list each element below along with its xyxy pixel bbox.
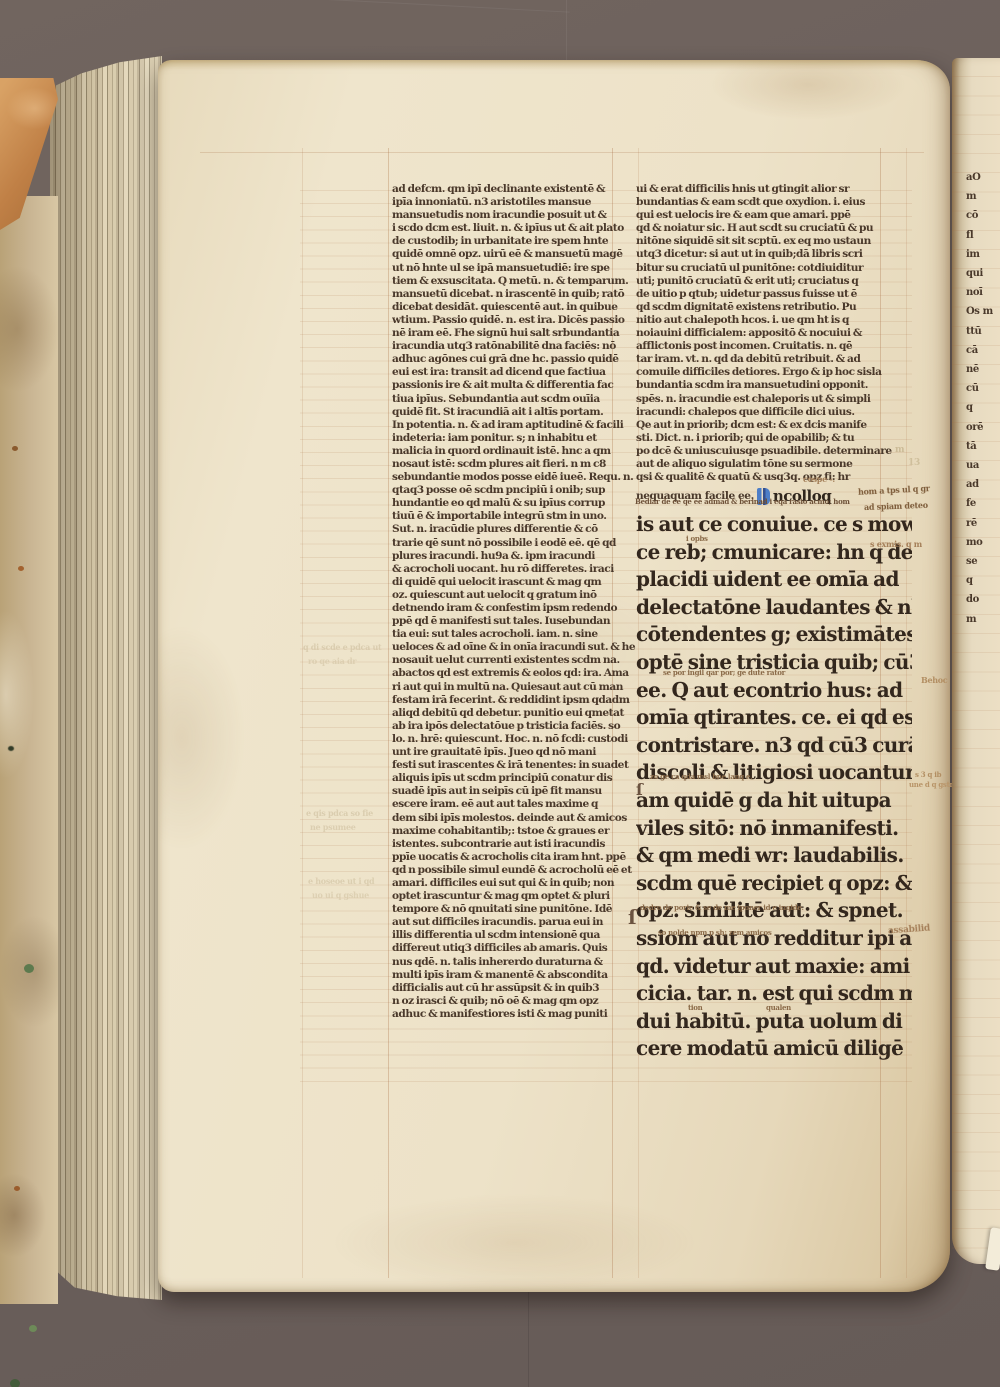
text-fragment: Os m — [966, 302, 1000, 321]
text-line: cōtendentes g; existimātes — [636, 620, 912, 649]
text-line: bundantia scdm ira mansuetudini opponit. — [636, 379, 892, 392]
text-line: aut de aliquo sigulatim tōne su sermone — [636, 458, 892, 471]
text-fragment: orē — [966, 418, 1000, 437]
text-line: ui & erat difficilis hnis ut gtingit ali… — [636, 183, 892, 196]
margin-note: uo ui q gshue — [312, 890, 369, 900]
text-line: detnendo iram & confestim ipsm redendo — [392, 602, 636, 615]
text-line: istentes. subcontrarie aut isti iracundi… — [392, 838, 636, 851]
text-line: qd n possibile simul eundē & acrocholū e… — [392, 864, 636, 877]
text-fragment: cō — [966, 206, 1000, 225]
text-line: dui habitū. puta uolum di — [636, 1007, 912, 1036]
text-line: scdm quē recipiet q opz: & ut — [636, 869, 912, 898]
text-fragment: ttū — [966, 322, 1000, 341]
text-line: ppē qd ē manifesti sut tales. Iusebundan — [392, 615, 636, 628]
text-fragment: qui — [966, 264, 1000, 283]
text-line: de custodib; in urbanitate ire spem hnte — [392, 235, 636, 248]
text-line: aut sut difficiles iracundis. parua eui … — [392, 916, 636, 929]
text-line: spēs. n. iracundie est chaleporis ut & s… — [636, 393, 892, 406]
text-line: tar iram. vt. n. qd da debitū retribuit.… — [636, 353, 892, 366]
text-line: maxime cohabitantib;: tstoe & graues er — [392, 825, 636, 838]
text-line: difficialis aut cū hr assūpsit & in quib… — [392, 982, 636, 995]
text-line: adhuc agōnes cui grā dne hc. passio quid… — [392, 353, 636, 366]
text-line: ce reb; cmunicare: hn q de — [636, 538, 912, 567]
margin-note: m — [895, 445, 904, 455]
background-seam — [200, 0, 570, 13]
text-line: qd. videtur aut maxie: ami — [636, 952, 912, 981]
text-line: utq3 dicetur: si aut ut in quib;dā libri… — [636, 248, 892, 261]
text-line: po dcē & uniuscuiusqe psuadibile. determ… — [636, 445, 892, 458]
text-line: & qm medi wr: laudabilis. — [636, 841, 912, 870]
text-fragment: rē — [966, 514, 1000, 533]
text-line: optet irascuntur & mag qm optet & pluri — [392, 890, 636, 903]
text-line: & acrocholi uocant. hu rō differetes. ir… — [392, 563, 636, 576]
text-line: abactos qd est extremis & eolos qd: ira.… — [392, 667, 636, 680]
text-fragment: tā — [966, 437, 1000, 456]
text-line: aliqd debitū qd debetur. punitio eui qme… — [392, 707, 636, 720]
text-line: ssiom aut no redditur ipi ali — [636, 924, 912, 953]
blue-initial — [757, 488, 770, 505]
margin-note: Behoc — [921, 675, 947, 685]
text-line: qui est uelocis ire & eam que amari. ppē — [636, 209, 892, 222]
text-line: opz. similitē aut: & spnet. — [636, 896, 912, 925]
text-line: ri aut qui in multū na. Quiesaut aut cū … — [392, 681, 636, 694]
text-line: bitur su cruciatū ul punitōne: cotdiuidi… — [636, 262, 892, 275]
text-line: suadē ipīs aut in seipīs cū ipē fit mans… — [392, 785, 636, 798]
text-line: iracundia utq3 ratōnabilitē dna faciēs: … — [392, 340, 636, 353]
text-line: viles sitō: nō inmanifesti. — [636, 814, 912, 843]
text-line: n oz irasci & quib; nō oē & mag qm opz — [392, 995, 636, 1008]
text-line: Qe aut in priorib; dcm est: & ex dcis ma… — [636, 419, 892, 432]
text-line: aliquis ipīs ut scdm principiū conatur d… — [392, 772, 636, 785]
text-line: lo. n. hrē: quiescunt. Hoc. n. nō fcdi: … — [392, 733, 636, 746]
text-line: multi ipīs iram & manentē & abscondita — [392, 969, 636, 982]
text-line: wtium. Passio quidē. n. est ira. Dicēs p… — [392, 314, 636, 327]
text-line: ee. Q aut econtrio hus: ad — [636, 676, 912, 705]
text-line: tiuū ē & importabile integrū stm in uno. — [392, 510, 636, 523]
text-line: i scdo dcm est. liuit. n. & ipīus ut & a… — [392, 222, 636, 235]
text-line: hundantie eo qd malū & su ipīus corrup — [392, 497, 636, 510]
margin-note: e qis pdca so fie — [306, 808, 373, 818]
text-line: dem sibi ipīs molestos. deinde aut & ami… — [392, 812, 636, 825]
text-line: mansuetudis nom iracundie posuit ut & — [392, 209, 636, 222]
right-text-column-small: ui & erat difficilis hnis ut gtingit ali… — [636, 183, 892, 484]
text-line: nitio aut chalepoth hcos. i. ue qm ht is… — [636, 314, 892, 327]
margin-note: ne psumee — [310, 822, 356, 832]
text-line: ppīe uocatis & acrocholis cita iram hnt.… — [392, 851, 636, 864]
text-line: festam irā fecerint. & reddidint ipsm qd… — [392, 694, 636, 707]
text-line: Sut. n. iracūdie plures differentie & cō — [392, 523, 636, 536]
text-fragment: fe — [966, 494, 1000, 513]
text-line: passionis ire & ait multa & differentia … — [392, 379, 636, 392]
binding-rough-edge — [0, 196, 58, 1304]
text-line: differeut utiq3 difficiles ab amaris. Qu… — [392, 942, 636, 955]
text-line: oz. quiescunt aut uelocit q gratum inō — [392, 589, 636, 602]
text-line: ad defcm. qm ipī declinante existentē & — [392, 183, 636, 196]
text-line: escere iram. eē aut aut tales maxime q — [392, 798, 636, 811]
text-line: nosaut istē: scdm plures ait fieri. n m … — [392, 458, 636, 471]
text-line: nitōne siquidē sit sit scptū. ex eq mo u… — [636, 235, 892, 248]
text-line: am quidē g da hit uitupa — [636, 786, 912, 815]
manuscript-page: ad defcm. qm ipī declinante existentē &i… — [158, 60, 950, 1292]
facing-page-text-fragments: aOmcōflimquinoīOs mttūcānēcūqorētāuaadfe… — [966, 168, 1000, 629]
margin-note: q di scde e pdca ut — [303, 642, 381, 652]
text-line: quidē omnē opz. uirū eē & mansuetū magē — [392, 248, 636, 261]
text-line: tiua ipīus. Sebundantia aut scdm ouīia — [392, 393, 636, 406]
text-fragment: im — [966, 245, 1000, 264]
text-line: noiauini difficialem: appositō & nocuiui… — [636, 327, 892, 340]
text-fragment: noī — [966, 283, 1000, 302]
text-line: tiem & exsuscitata. Q metū. n. & temparu… — [392, 275, 636, 288]
text-line: iracundi: chalepos que difficile dici ui… — [636, 406, 892, 419]
page-stack-edge — [50, 56, 162, 1300]
text-line: is aut ce conuiue. ce s mow: — [636, 510, 912, 539]
text-fragment: nē — [966, 360, 1000, 379]
text-line: indeteria: iam ponitur. s; n inhabitu et — [392, 432, 636, 445]
margin-note: ro qe aia dr — [308, 656, 356, 666]
text-line: malicia in quord ordinauit istē. hnc a q… — [392, 445, 636, 458]
facing-page-edge: aOmcōflimquinoīOs mttūcānēcūqorētāuaadfe… — [952, 58, 1000, 1264]
text-line: dicebat desidāt. quiescentē aut. in quib… — [392, 301, 636, 314]
text-fragment: mo — [966, 533, 1000, 552]
text-fragment: cā — [966, 341, 1000, 360]
text-line: optē sine tristicia quib; cū3 — [636, 648, 912, 677]
text-line: tempore & nō qnuitati sine punitōne. Idē — [392, 903, 636, 916]
text-line: amari. difficiles eui sut qui & in quib;… — [392, 877, 636, 890]
ruling-line-horizontal — [200, 152, 924, 153]
text-line: qsi & qualitē & quatū & usq3q. opz fi: h… — [636, 471, 892, 484]
text-fragment: cū — [966, 379, 1000, 398]
text-line: bundantias & eam scdt que oxydion. i. ei… — [636, 196, 892, 209]
text-fragment: q — [966, 398, 1000, 417]
text-line: mansuetū dicebat. n irascentē in quib; r… — [392, 288, 636, 301]
text-line: cere modatū amicū diligē — [636, 1034, 912, 1063]
text-line: sebundantie modos posse eidē iueē. Requ.… — [392, 471, 636, 484]
text-line: ab ira ipōs delectatōue p tristicia faci… — [392, 720, 636, 733]
text-fragment: fl — [966, 226, 1000, 245]
text-line: illis differentia ul scdm intensionē qua — [392, 929, 636, 942]
text-line: plures iracundi. hu9a &. ipm iracundi — [392, 550, 636, 563]
incipit-line: nequaquam facile ee. ncolloq — [636, 487, 916, 505]
text-line: sti. Dict. n. i priorib; qui de opabilib… — [636, 432, 892, 445]
text-line: ipīa innoniatū. n3 aristotiles mansue — [392, 196, 636, 209]
text-line: quidē fit. St iracundiā ait i altīs port… — [392, 406, 636, 419]
text-line: nē iram eē. Fhe signū hui salt srbundant… — [392, 327, 636, 340]
text-fragment: do — [966, 590, 1000, 609]
text-line: nus qdē. n. talis inhererdo duraturna & — [392, 956, 636, 969]
ruling-line-vertical — [388, 148, 389, 1278]
text-line: afflictonis post incomen. Cruitatis. n. … — [636, 340, 892, 353]
margin-note: 13 — [908, 458, 920, 468]
left-text-column: ad defcm. qm ipī declinante existentē &i… — [392, 183, 636, 1021]
text-line: uti; punitō cruciatū & erit uti; cruciat… — [636, 275, 892, 288]
text-line: discoli & litigiosi uocantur: — [636, 758, 912, 787]
text-line: trarie qē sunt nō possibile i eodē eē. q… — [392, 537, 636, 550]
margin-note: s 3 q ib — [915, 770, 941, 779]
text-line: comuile difficiles detiores. Ergo & ip h… — [636, 366, 892, 379]
text-line: delectatōne laudantes & nl — [636, 593, 912, 622]
photo-background: ad defcm. qm ipī declinante existentē &i… — [0, 0, 1000, 1387]
text-fragment: q — [966, 571, 1000, 590]
text-line: placidi uident ee omīa ad — [636, 565, 912, 594]
text-line: qd & noiatur sic. H aut scdt su cruciatū… — [636, 222, 892, 235]
text-line: qtaq3 posse oē scdm pncipiū i onib; sup — [392, 484, 636, 497]
text-fragment: se — [966, 552, 1000, 571]
text-line: di quidē qui uelocit irascunt & mag qm — [392, 576, 636, 589]
text-line: de uitio p qtub; uidetur passus fuisse u… — [636, 288, 892, 301]
incipit-word: ncolloq — [773, 487, 831, 505]
text-line: ut nō hnte ul se ipā mansuetudiē: ire sp… — [392, 262, 636, 275]
text-line: adhuc & manifestiores isti & mag puniti — [392, 1008, 636, 1021]
text-line: cicia. tar. n. est qui scdm me — [636, 979, 912, 1008]
text-fragment: ua — [966, 456, 1000, 475]
text-line: festi sut irascentes & irā tenentes: in … — [392, 759, 636, 772]
ruling-line-vertical — [302, 148, 303, 1278]
text-line: ueloces & ad oīne & in onīa iracundi sut… — [392, 641, 636, 654]
text-line: unt ire grauitatē ipīs. Jueo qd nō mani — [392, 746, 636, 759]
text-fragment: ad — [966, 475, 1000, 494]
right-text-column-large: is aut ce conuiue. ce s mow:ce reb; cmun… — [636, 510, 912, 1062]
text-line: nosauit uelut currenti existentes scdm n… — [392, 654, 636, 667]
text-line: In potentia. n. & ad iram aptitudinē & f… — [392, 419, 636, 432]
edge-flecks — [12, 446, 18, 451]
text-fragment: aO — [966, 168, 1000, 187]
text-line: eui est ira: transit ad dicend que facti… — [392, 366, 636, 379]
text-fragment: m — [966, 187, 1000, 206]
text-line: tia eui: sut tales acrocholi. iam. n. si… — [392, 628, 636, 641]
text-line: qd scdm dignitatē existens retributio. P… — [636, 301, 892, 314]
incipit-pre-text: nequaquam facile ee. — [636, 490, 754, 502]
margin-note: e hoseoe ut i qd — [308, 876, 374, 886]
text-line: omīa qtirantes. ce. ei qd est — [636, 703, 912, 732]
text-fragment: m — [966, 610, 1000, 629]
text-line: contristare. n3 qd cū3 curātes. — [636, 731, 912, 760]
